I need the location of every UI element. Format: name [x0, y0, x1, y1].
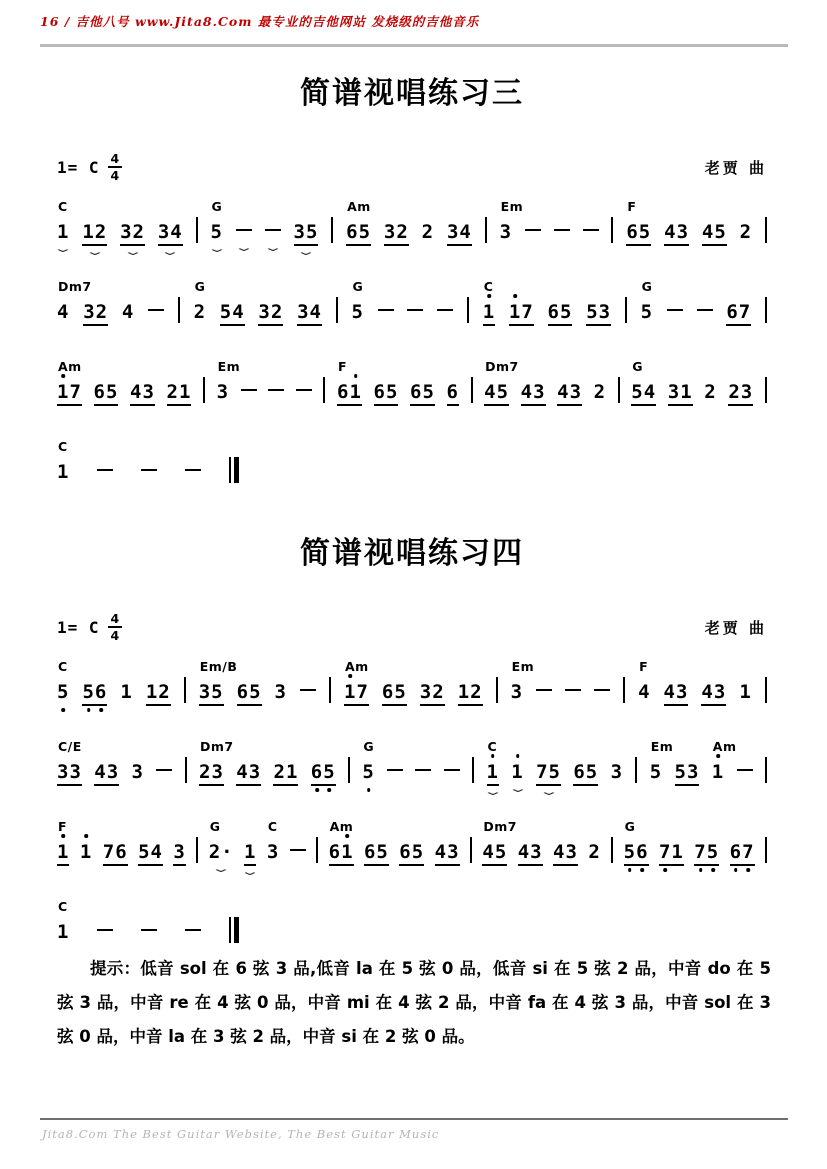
note-group: 43 [518, 841, 543, 866]
note-digit: 5 [586, 761, 598, 783]
chord-label: F [627, 199, 636, 214]
note-token: Dm74 [57, 301, 69, 323]
page-footer-text: Jita8.Com The Best Guitar Website, The B… [42, 1127, 439, 1141]
note-group: 5 [362, 761, 374, 783]
note-token: 65 [374, 381, 399, 406]
chord-label: F [58, 819, 67, 834]
music-line: C1 [57, 912, 767, 943]
composer-credit: 老贾 曲 [705, 617, 767, 638]
duration-dash [444, 769, 460, 772]
bar-line [635, 757, 637, 783]
note-token: 2 [704, 381, 716, 403]
note-digit: 2 [704, 381, 716, 403]
chord-label: C/E [58, 739, 82, 754]
note-digit: 5 [624, 841, 636, 863]
note-digit: 5 [394, 681, 406, 703]
note-group: 65 [626, 221, 651, 246]
note-digit: 5 [138, 841, 150, 863]
dash-token [407, 303, 423, 322]
bar-line [331, 217, 333, 243]
duration-dash [268, 389, 284, 392]
note-token: 43 [521, 381, 546, 406]
note-group: 65 [548, 301, 573, 326]
note-digit: 3 [83, 301, 95, 323]
note-token: 67 [726, 301, 751, 326]
note-digit: 1 [511, 761, 523, 783]
bar-line [196, 837, 198, 863]
music-line: C1⌄12⌄32⌄34⌄G5⌄⌄⌄35⌄Am6532234Em3F6543452 [57, 212, 767, 246]
octave-dot-high [354, 374, 358, 378]
note-group: 43 [435, 841, 460, 866]
note-group: 54 [138, 841, 163, 866]
note-token: 17 [509, 301, 534, 326]
note-digit: 2 [209, 841, 221, 863]
bar-line [471, 377, 473, 403]
note-digit: 3 [158, 221, 170, 243]
bar-line [765, 217, 767, 243]
note-digit: 5 [675, 761, 687, 783]
note-digit: 3 [677, 221, 689, 243]
note-digit: 3 [199, 681, 211, 703]
note-token: 12⌄ [82, 221, 107, 246]
note-digit: 4 [151, 841, 163, 863]
note-token: 56 [82, 681, 107, 706]
chord-label: F [639, 659, 648, 674]
duration-dash [407, 309, 423, 312]
note-group: 43 [94, 761, 119, 786]
dash-token [387, 763, 403, 782]
octave-dot-high [516, 754, 520, 758]
note-group: 56 [624, 841, 649, 866]
note-group: 65 [237, 681, 262, 706]
note-digit: 1 [146, 681, 158, 703]
sheet-music-page: 16 / 吉他八号 www.Jita8.Com 最专业的吉他网站 发烧级的吉他音… [0, 0, 827, 1169]
octave-dot-high [346, 834, 350, 838]
note-digit: 2 [167, 381, 179, 403]
note-digit: 5 [306, 221, 318, 243]
note-digit: 4 [94, 761, 106, 783]
note-group: 3 [132, 761, 144, 783]
note-group: 56 [82, 681, 107, 706]
note-group: 4 [57, 301, 69, 323]
note-group: 65 [573, 761, 598, 786]
duration-dash [185, 469, 201, 472]
note-digit: 1 [57, 921, 69, 943]
note-group: 17 [57, 381, 82, 406]
octave-dot-low [628, 868, 632, 872]
note-group: 3 [275, 681, 287, 703]
strum-mark: ⌄ [160, 247, 181, 257]
note-token: 32 [384, 221, 409, 246]
note-digit: 3 [687, 761, 699, 783]
note-digit: 3 [107, 761, 119, 783]
octave-dot-high [513, 294, 517, 298]
note-token: Dm745 [484, 381, 509, 406]
note-digit: 6 [626, 221, 638, 243]
note-group: 3 [500, 221, 512, 243]
dash-token [737, 763, 753, 782]
dash-token [268, 383, 284, 402]
duration-dash [667, 309, 683, 312]
octave-dot-high [61, 834, 65, 838]
note-group: 1 [739, 681, 751, 703]
note-group: 65 [364, 841, 389, 866]
chord-label: Am [58, 359, 82, 374]
note-token: 76 [103, 841, 128, 866]
note-digit: 1 [286, 761, 298, 783]
note-digit: 3 [384, 221, 396, 243]
note-digit: 7 [694, 841, 706, 863]
note-digit: 4 [435, 841, 447, 863]
note-digit: 4 [482, 841, 494, 863]
note-digit: 2 [740, 221, 752, 243]
note-group: 1 [57, 221, 69, 243]
bar-line [203, 377, 205, 403]
note-digit: 4 [521, 381, 533, 403]
chord-label: G [632, 359, 643, 374]
note-digit: 6 [337, 381, 349, 403]
header-divider [40, 44, 788, 47]
note-digit: 5 [422, 381, 434, 403]
strum-mark: ⌄ [538, 787, 559, 797]
note-token: 43 [553, 841, 578, 866]
bar-line [765, 297, 767, 323]
dash-token [97, 463, 113, 482]
music-line: Am17654321Em3F6165656Dm74543432G5431223 [57, 372, 767, 406]
note-group: 32 [420, 681, 445, 706]
note-digit: 6 [548, 301, 560, 323]
note-token: 3 [173, 841, 185, 866]
note-digit: 5 [362, 761, 374, 783]
note-group: 43 [664, 221, 689, 246]
note-group: 43 [553, 841, 578, 866]
note-group: 5 [650, 761, 662, 783]
note-token: 1 [80, 841, 92, 863]
note-token: 3 [611, 761, 623, 783]
note-token: 43 [435, 841, 460, 866]
note-digit: 3 [530, 841, 542, 863]
exercise-section-1: 简谱视唱练习三1= C44老贾 曲C1⌄12⌄32⌄34⌄G5⌄⌄⌄35⌄Am6… [57, 76, 767, 483]
note-digit: 7 [103, 841, 115, 863]
note-digit: 4 [701, 681, 713, 703]
note-token: 43 [701, 681, 726, 706]
note-token: 4 [122, 301, 134, 323]
note-token: 3 [275, 681, 287, 703]
note-digit: 2 [158, 681, 170, 703]
note-group: 3 [267, 841, 279, 863]
dash-token [378, 303, 394, 322]
note-group: 2 [194, 301, 206, 323]
note-digit: 3 [173, 841, 185, 863]
note-digit: 2 [470, 681, 482, 703]
note-digit: 4 [553, 841, 565, 863]
duration-dash [536, 689, 552, 692]
note-digit: 5 [641, 301, 653, 323]
page-header-text: 16 / 吉他八号 www.Jita8.Com 最专业的吉他网站 发烧级的吉他音… [40, 12, 787, 30]
note-group: 1 [57, 841, 69, 866]
dash-token [290, 843, 306, 862]
note-token: C5 [57, 681, 69, 703]
note-group: 1 [511, 761, 523, 783]
note-digit: 6 [364, 841, 376, 863]
note-token: 65 [573, 761, 598, 786]
octave-dot-high [348, 674, 352, 678]
note-digit: 6 [573, 761, 585, 783]
note-token: 43 [664, 221, 689, 246]
dash-token [97, 923, 113, 942]
note-group: 32 [83, 301, 108, 326]
dash-token [554, 223, 570, 242]
note-group: 54 [220, 301, 245, 326]
chord-label: G [352, 279, 363, 294]
key-signature: 1= C [57, 618, 100, 637]
duration-dash [236, 229, 252, 232]
note-digit: 2 [271, 301, 283, 323]
note-token: 67 [730, 841, 755, 866]
note-digit: 5 [560, 301, 572, 323]
note-token: 1⌄ [244, 841, 256, 866]
composer-credit: 老贾 曲 [705, 157, 767, 178]
note-digit: 3 [57, 761, 69, 783]
note-digit: 2 [96, 301, 108, 323]
note-token: G2 [194, 301, 206, 323]
note-token: C3 [267, 841, 279, 863]
note-digit: 6 [374, 381, 386, 403]
note-digit: 2 [194, 301, 206, 323]
chord-label: C [58, 199, 68, 214]
note-group: 5 [210, 221, 222, 243]
bar-line [625, 297, 627, 323]
note-group: 32 [384, 221, 409, 246]
note-digit: 4 [310, 301, 322, 323]
octave-dot-high [84, 834, 88, 838]
octave-dot-low [99, 708, 103, 712]
note-group: 54 [631, 381, 656, 406]
note-token: 2 [740, 221, 752, 243]
note-token: 32 [420, 681, 445, 706]
note-digit: 7 [536, 761, 548, 783]
note-group: 67 [726, 301, 751, 326]
bar-line [184, 677, 186, 703]
note-token: G5 [641, 301, 653, 323]
duration-dash [565, 689, 581, 692]
chord-label: G [642, 279, 653, 294]
dash-token [444, 763, 460, 782]
note-token: 54 [220, 301, 245, 326]
duration-dash [300, 689, 316, 692]
note-digit: 3 [570, 381, 582, 403]
note-token: 65 [399, 841, 424, 866]
dash-token [300, 683, 316, 702]
note-token: 71 [659, 841, 684, 866]
chord-label: Em/B [200, 659, 238, 674]
note-digit: 5 [497, 381, 509, 403]
bar-line [467, 297, 469, 323]
note-group: 12 [146, 681, 171, 706]
exercise-section-2: 简谱视唱练习四1= C44老贾 曲C556112Em/B35653Am17653… [57, 536, 767, 943]
note-digit: 3 [267, 841, 279, 863]
strum-mark: ⌄ [84, 247, 105, 257]
note-token: Am1 [712, 761, 724, 783]
strum-mark: ⌄ [262, 243, 283, 253]
bar-line [611, 217, 613, 243]
chord-label: Dm7 [485, 359, 519, 374]
note-digit: 3 [511, 681, 523, 703]
note-digit: 1 [57, 461, 69, 483]
bar-line [765, 757, 767, 783]
note-group: 3 [217, 381, 229, 403]
note-group: 35 [294, 221, 319, 246]
note-digit: 5 [210, 221, 222, 243]
note-token: 23 [728, 381, 753, 406]
note-digit: 2 [133, 221, 145, 243]
note-digit: 3 [211, 761, 223, 783]
exercise-title: 简谱视唱练习四 [57, 536, 767, 572]
note-digit: 1 [349, 381, 361, 403]
chord-label: C [488, 739, 498, 754]
chord-label: C [268, 819, 278, 834]
note-token: 2 [588, 841, 600, 863]
note-token: 54 [138, 841, 163, 866]
note-digit: 4 [170, 221, 182, 243]
note-token: G5 [362, 761, 374, 783]
note-group: 2· [209, 841, 234, 863]
note-digit: 5 [323, 761, 335, 783]
note-digit: 3 [599, 301, 611, 323]
note-group: 43 [701, 681, 726, 706]
dash-token [141, 923, 157, 942]
chord-label: Dm7 [200, 739, 234, 754]
note-token: 43 [557, 381, 582, 406]
note-group: 3 [611, 761, 623, 783]
note-token: G56 [624, 841, 649, 866]
note-digit: 3 [565, 841, 577, 863]
duration-dash [185, 929, 201, 932]
note-group: 31 [668, 381, 693, 406]
bar-line [323, 377, 325, 403]
note-digit: · [221, 841, 233, 863]
final-bar-line [229, 917, 239, 943]
note-digit: 4 [518, 841, 530, 863]
dash-token [525, 223, 541, 242]
note-digit: 1 [82, 221, 94, 243]
octave-dot-low [315, 788, 319, 792]
note-digit: 5 [351, 301, 363, 323]
note-token: 6 [447, 381, 459, 406]
octave-dot-low [87, 708, 91, 712]
dash-token [156, 763, 172, 782]
note-group: 65 [382, 681, 407, 706]
dash-token [415, 763, 431, 782]
note-token: 32⌄ [120, 221, 145, 246]
note-group: 53 [675, 761, 700, 786]
note-digit: 2 [273, 761, 285, 783]
note-digit: 3 [447, 221, 459, 243]
note-token: 32 [83, 301, 108, 326]
note-token: 1⌄ [511, 761, 523, 783]
note-digit: 4 [236, 761, 248, 783]
note-token: Am61 [329, 841, 354, 866]
note-group: 3 [511, 681, 523, 703]
note-digit: 4 [557, 381, 569, 403]
duration-dash [554, 229, 570, 232]
note-token: 43 [130, 381, 155, 406]
note-token: C1 [57, 921, 69, 943]
note-token: G5⌄ [210, 221, 222, 243]
note-token: 65 [382, 681, 407, 706]
chord-label: Am [713, 739, 737, 754]
note-group: 75 [694, 841, 719, 866]
exercise-title: 简谱视唱练习三 [57, 76, 767, 112]
chord-label: Am [347, 199, 371, 214]
note-group: 61 [329, 841, 354, 866]
note-group: 1 [712, 761, 724, 783]
note-token: 35⌄ [294, 221, 319, 246]
note-token: Em5 [650, 761, 662, 783]
note-group: 21 [167, 381, 192, 406]
note-digit: 3 [611, 761, 623, 783]
note-digit: 3 [676, 681, 688, 703]
note-group: 65 [374, 381, 399, 406]
note-group: 33 [57, 761, 82, 786]
note-digit: 1 [483, 301, 495, 323]
note-group: 43 [130, 381, 155, 406]
strum-mark: ⌄ [507, 784, 528, 794]
note-digit: 5 [495, 841, 507, 863]
bar-line [618, 377, 620, 403]
note-group: 45 [484, 381, 509, 406]
note-digit: 1 [80, 841, 92, 863]
octave-dot-low [641, 868, 645, 872]
note-group: 1 [483, 301, 495, 326]
note-token: 34 [297, 301, 322, 326]
note-digit: 3 [258, 301, 270, 323]
note-digit: 2 [588, 841, 600, 863]
chord-label: G [363, 739, 374, 754]
octave-dot-low [328, 788, 332, 792]
note-digit: 7 [521, 301, 533, 323]
duration-dash [583, 229, 599, 232]
octave-dot-low [61, 708, 65, 712]
note-token: 65 [94, 381, 119, 406]
time-signature-top: 4 [108, 152, 123, 168]
duration-dash [594, 689, 610, 692]
note-token: F1 [57, 841, 69, 866]
note-digit: 6 [399, 841, 411, 863]
note-token: 43 [518, 841, 543, 866]
note-digit: 1 [57, 221, 69, 243]
strum-mark: ⌄ [240, 867, 261, 877]
note-group: 17 [509, 301, 534, 326]
note-token: Am17 [344, 681, 369, 706]
note-digit: 1 [487, 761, 499, 783]
octave-dot-high [487, 294, 491, 298]
note-token: 45 [702, 221, 727, 246]
note-group: 2 [588, 841, 600, 863]
note-digit: 1 [244, 841, 256, 863]
octave-dot-high [491, 754, 495, 758]
bar-line [348, 757, 350, 783]
note-token: 43 [236, 761, 261, 786]
chord-label: Em [512, 659, 535, 674]
note-token: 12 [458, 681, 483, 706]
chord-label: G [211, 199, 222, 214]
note-group: 32 [258, 301, 283, 326]
dash-token: ⌄ [265, 223, 281, 242]
note-digit: 7 [69, 381, 81, 403]
key-signature-row: 1= C44老贾 曲 [57, 152, 767, 182]
note-token: 34⌄ [158, 221, 183, 246]
